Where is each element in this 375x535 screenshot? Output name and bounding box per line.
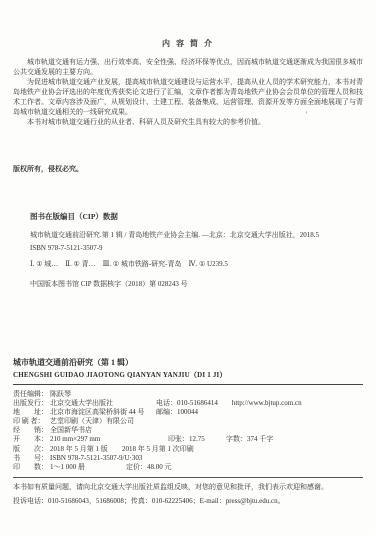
cip-bibliographic-line: 城市轨道交通前沿研究.第 1 辑 / 青岛地铁产业协会主编. —北京：北京交通大… — [30, 231, 361, 241]
row-value-price: 定价：48.00 元 — [126, 463, 172, 472]
row-value-sheets: 印张：12.75 — [168, 435, 222, 444]
row-label: 责任编辑： — [13, 390, 50, 399]
row-value: 2018 年 5 月第 1 版 — [50, 445, 122, 454]
row-label: 出版发行： — [13, 399, 50, 408]
cip-record-number-line: 中国版本图书馆 CIP 数据核字（2018）第 028243 号 — [30, 280, 361, 290]
row-value: 陈跃琴 — [50, 390, 71, 399]
row-value-phone: 电话：010-51686414 — [156, 399, 218, 408]
summary-paragraph-2: 为促进城市轨道交通产业发展，提高城市轨道交通建设与运营水平，提高从业人员的学术研… — [13, 77, 363, 117]
row-label: 书 号： — [13, 454, 50, 463]
row-value: 北京市海淀区高梁桥斜街 44 号 — [50, 408, 156, 417]
row-label: 地 址： — [13, 408, 50, 417]
scan-artifact: ’ — [305, 110, 308, 119]
row-value: 1～1 000 册 — [50, 463, 126, 472]
colophon-row-editor: 责任编辑： 陈跃琴 — [13, 390, 363, 399]
colophon-row-edition: 版 次： 2018 年 5 月第 1 版 2018 年 5 月第 1 次印刷 — [13, 445, 363, 454]
cip-section: 图书在版编目（CIP）数据 城市轨道交通前沿研究.第 1 辑 / 青岛地铁产业协… — [30, 211, 361, 292]
colophon-rows: 责任编辑： 陈跃琴 出版发行： 北京交通大学出版社 电话：010-5168641… — [13, 390, 363, 472]
colophon-row-print-run: 印 数： 1～1 000 册 定价：48.00 元 — [13, 463, 363, 472]
quality-note: 本书如有质量问题，请向北京交通大学出版社质监组反映，对您的意见和批评，我们表示欢… — [13, 482, 363, 493]
row-value-wordcount: 字数：374 千字 — [226, 435, 273, 444]
row-value-printing: 2018 年 5 月第 1 次印刷 — [122, 445, 194, 454]
divider-bottom — [13, 477, 363, 478]
contact-note: 投诉电话：010-51686043，51686008；传真：010-622254… — [13, 496, 363, 507]
book-title: 城市轨道交通前沿研究（第 1 辑） — [13, 357, 363, 368]
summary-paragraph-1: 城市轨道交通有运力强、出行效率高、安全性强、经济环保等优点，因而城市轨道交通逐渐… — [13, 57, 363, 77]
row-label: 开 本： — [13, 435, 50, 444]
row-value: 210 mm×297 mm — [50, 435, 168, 444]
cip-header: 图书在版编目（CIP）数据 — [30, 211, 361, 222]
row-value-postcode: 邮编：100044 — [156, 408, 198, 417]
book-title-pinyin: CHENGSHI GUIDAO JIAOTONG QIANYAN YANJIU（… — [13, 370, 363, 380]
colophon-row-publisher: 出版发行： 北京交通大学出版社 电话：010-51686414 http://w… — [13, 399, 363, 408]
divider-top — [13, 384, 363, 385]
row-value: 全国新华书店 — [50, 426, 92, 435]
row-label: 印 刷 者： — [13, 417, 50, 426]
colophon-row-printer: 印 刷 者： 艺堂印刷（天津）有限公司 — [13, 417, 363, 426]
row-value: ISBN 978-7-5121-3507-9/U·303 — [50, 454, 142, 463]
row-value: 北京交通大学出版社 — [50, 399, 156, 408]
colophon-row-isbn: 书 号： ISBN 978-7-5121-3507-9/U·303 — [13, 454, 363, 463]
summary-paragraph-3: 本书对城市轨道交通行业的从业者、科研人员及研究生具有较大的参考价值。 — [13, 117, 363, 127]
content-summary-section: 内 容 简 介 城市轨道交通有运力强、出行效率高、安全性强、经济环保等优点，因而… — [13, 38, 363, 127]
cip-isbn-line: ISBN 978-7-5121-3507-9 — [30, 244, 361, 254]
row-value-website: http://www.bjtup.com.cn — [232, 399, 302, 408]
row-label: 印 数： — [13, 463, 50, 472]
copyright-notice: 版权所有，侵权必究。 — [13, 164, 83, 174]
book-copyright-page: 内 容 简 介 城市轨道交通有运力强、出行效率高、安全性强、经济环保等优点，因而… — [0, 0, 375, 535]
row-label: 版 次： — [13, 445, 50, 454]
row-value: 艺堂印刷（天津）有限公司 — [50, 417, 134, 426]
colophon-row-address: 地 址： 北京市海淀区高梁桥斜街 44 号 邮编：100044 — [13, 408, 363, 417]
colophon-section: 城市轨道交通前沿研究（第 1 辑） CHENGSHI GUIDAO JIAOTO… — [13, 357, 363, 507]
colophon-row-format: 开 本： 210 mm×297 mm 印张：12.75 字数：374 千字 — [13, 435, 363, 444]
summary-title: 内 容 简 介 — [13, 38, 363, 49]
cip-classification-line: Ⅰ. ① 城… Ⅱ. ① 青… Ⅲ. ① 城市铁路-研究-青岛 Ⅳ. ① U23… — [30, 260, 361, 270]
